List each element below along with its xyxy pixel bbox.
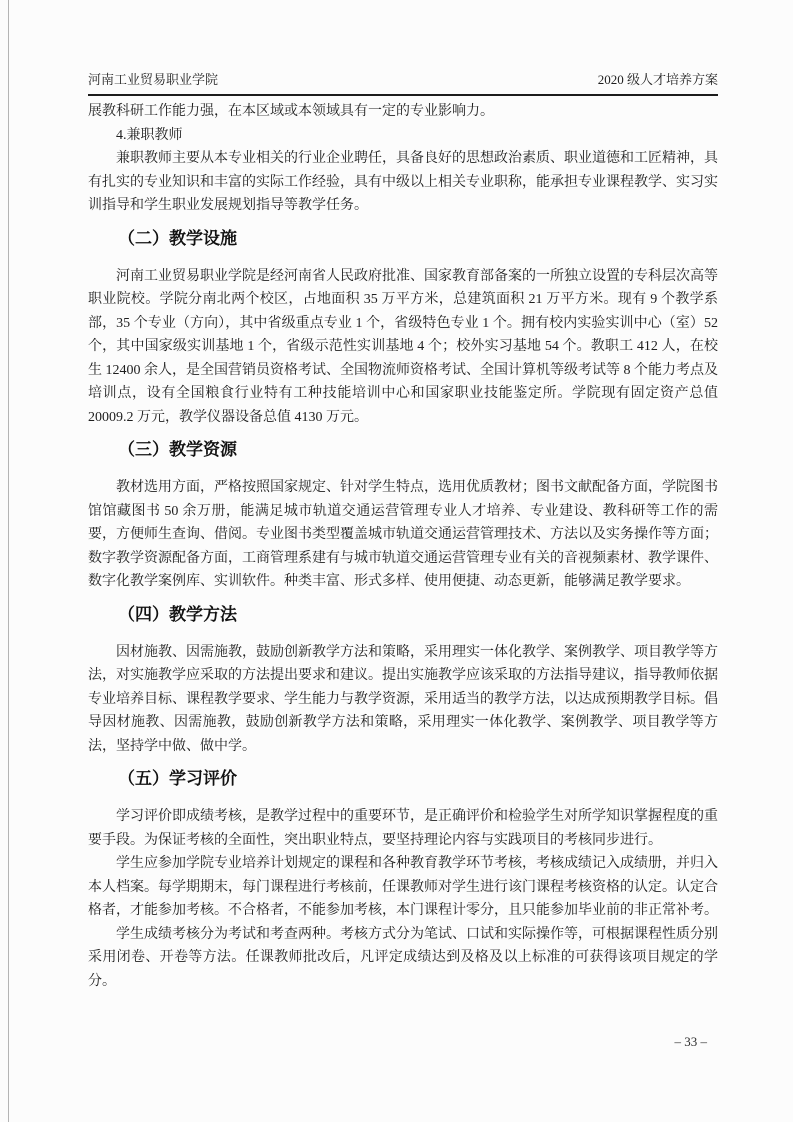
section-heading-teaching-resources: （三）教学资源 — [88, 437, 718, 463]
paragraph-teaching-facilities: 河南工业贸易职业学院是经河南省人民政府批准、国家教育部备案的一所独立设置的专科层… — [88, 265, 718, 430]
document-body: 展教科研工作能力强，在本区域或本领域具有一定的专业影响力。 4.兼职教师 兼职教… — [88, 100, 718, 993]
page-edge-line — [8, 0, 9, 1122]
header-doc-title: 2020 级人才培养方案 — [598, 71, 718, 89]
page-header: 河南工业贸易职业学院 2020 级人才培养方案 — [88, 0, 718, 96]
section-heading-learning-evaluation: （五）学习评价 — [88, 766, 718, 792]
paragraph-learning-evaluation-1: 学习评价即成绩考核，是教学过程中的重要环节，是正确评价和检验学生对所学知识掌握程… — [88, 805, 718, 852]
paragraph-learning-evaluation-3: 学生成绩考核分为考试和考查两种。考核方式分为笔试、口试和实际操作等，可根据课程性… — [88, 923, 718, 994]
paragraph-teaching-methods: 因材施教、因需施教，鼓励创新教学方法和策略，采用理实一体化教学、案例教学、项目教… — [88, 641, 718, 759]
numbered-item-part-time-teachers: 4.兼职教师 — [88, 124, 718, 148]
page-number: – 33 – — [675, 1033, 708, 1051]
paragraph-learning-evaluation-2: 学生应参加学院专业培养计划规定的课程和各种教育教学环节考核，考核成绩记入成绩册，… — [88, 852, 718, 923]
header-school-name: 河南工业贸易职业学院 — [88, 71, 218, 89]
section-heading-teaching-methods: （四）教学方法 — [88, 602, 718, 628]
document-page: 河南工业贸易职业学院 2020 级人才培养方案 展教科研工作能力强，在本区域或本… — [0, 0, 793, 1122]
section-heading-teaching-facilities: （二）教学设施 — [88, 226, 718, 252]
paragraph-part-time-teachers: 兼职教师主要从本专业相关的行业企业聘任，具备良好的思想政治素质、职业道德和工匠精… — [88, 147, 718, 218]
paragraph-teaching-resources: 教材选用方面，严格按照国家规定、针对学生特点，选用优质教材；图书文献配备方面，学… — [88, 476, 718, 594]
paragraph-continuation: 展教科研工作能力强，在本区域或本领域具有一定的专业影响力。 — [88, 100, 718, 124]
